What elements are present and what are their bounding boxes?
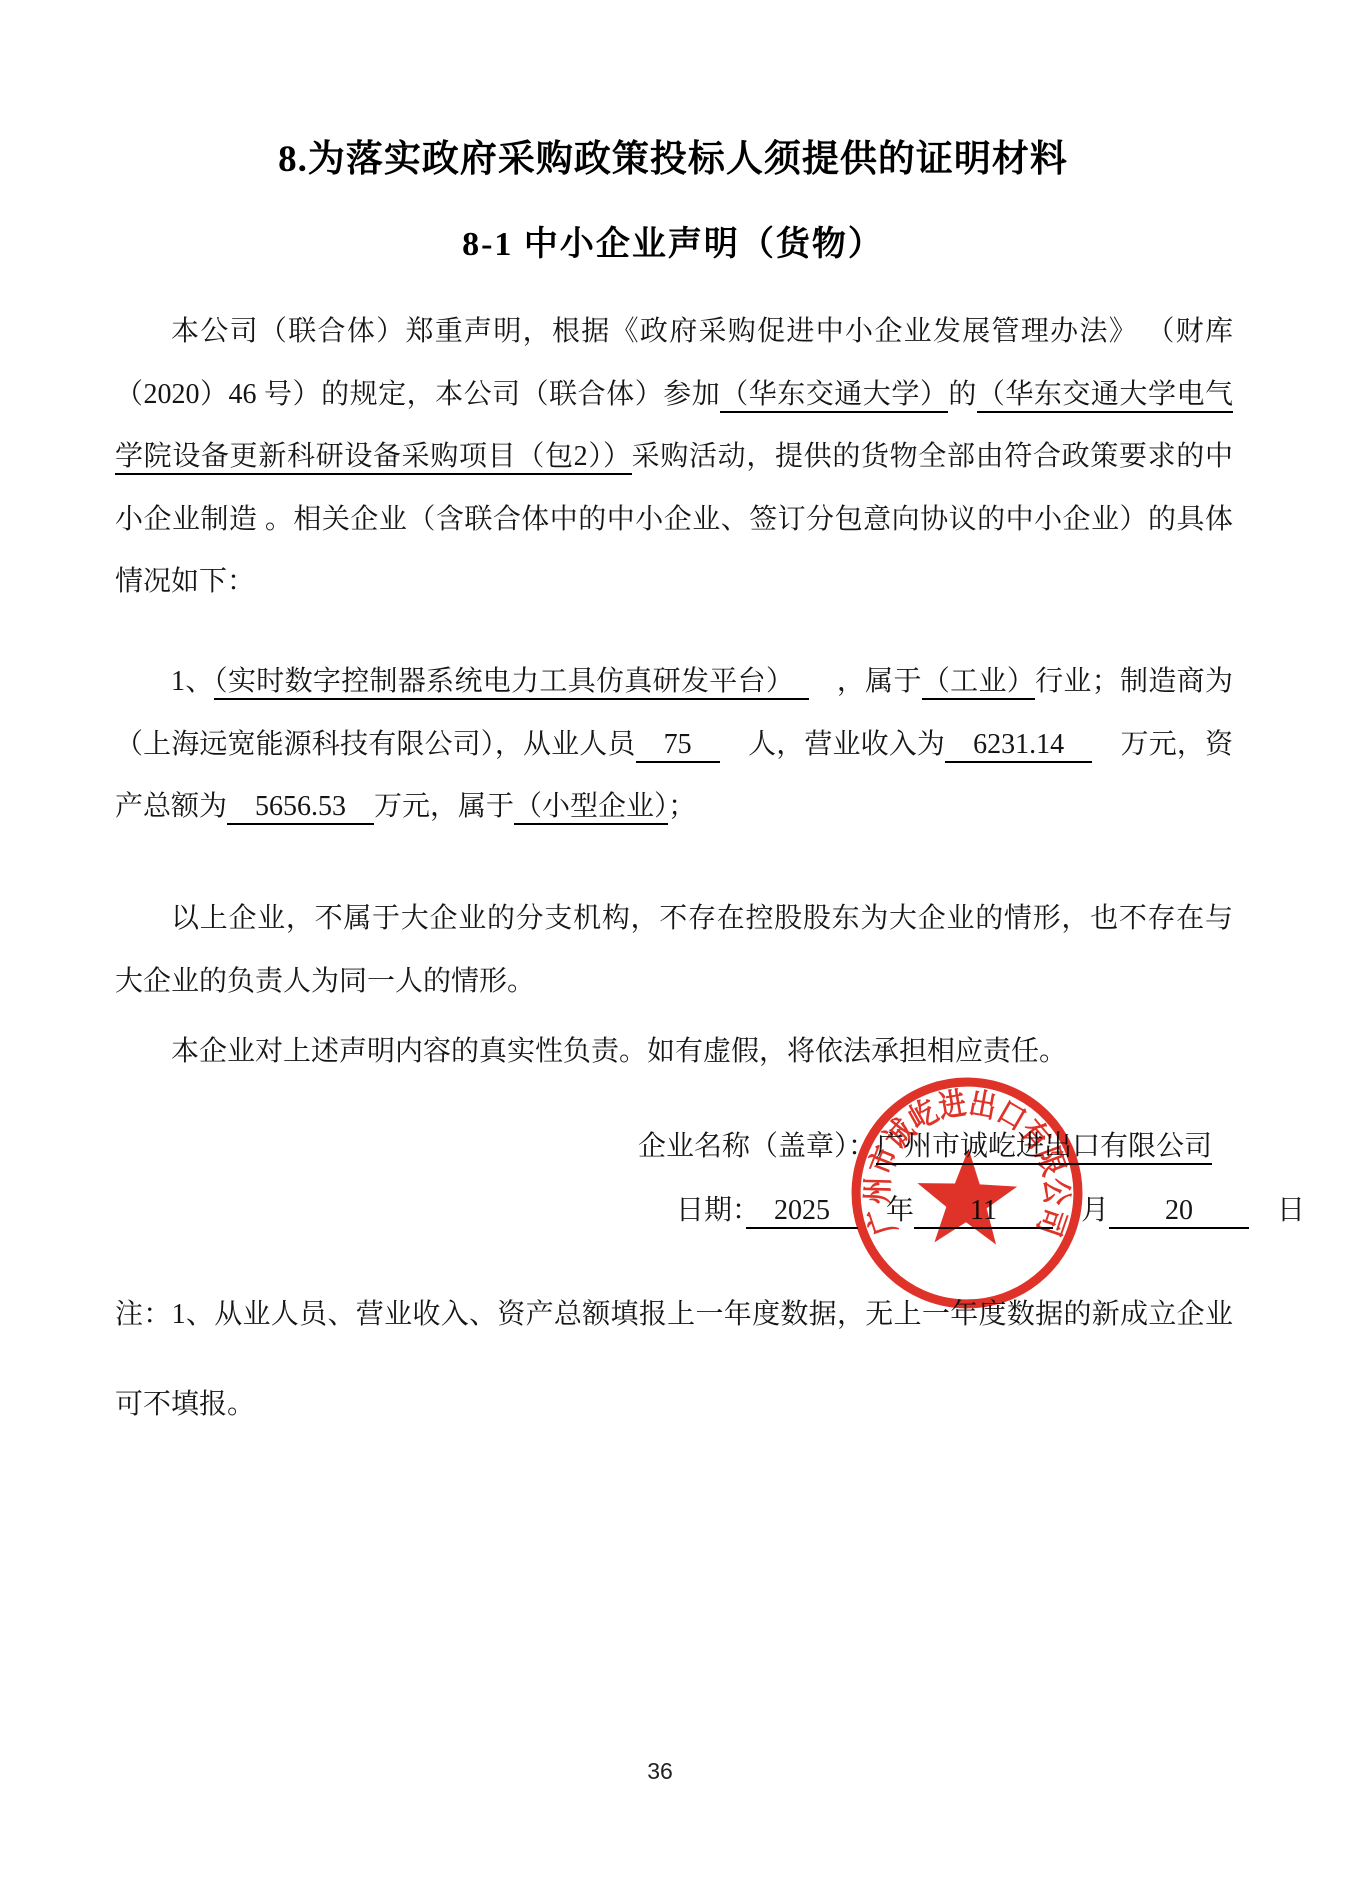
declaration-intro-paragraph: 本公司（联合体）郑重声明，根据《政府采购促进中小企业发展管理办法》 （财库（20… [115, 301, 1233, 614]
signature-company-line: 企业名称（盖章）：广州市诚屹进出口有限公司 [638, 1126, 1212, 1168]
date-month-unit: 月 [1053, 1195, 1109, 1226]
item-text-7: ； [668, 791, 696, 822]
date-year-value: 2025 [746, 1195, 858, 1229]
no-affiliation-paragraph: 以上企业，不属于大企业的分支机构，不存在控股股东为大企业的情形，也不存在与大企业… [115, 888, 1233, 1013]
date-day-value: 20 [1109, 1195, 1249, 1229]
signature-date-line: 日期： 2025 年 11 月 20 日 [676, 1190, 1305, 1232]
document-title: 8.为落实政府采购政策投标人须提供的证明材料 [0, 128, 1346, 182]
document-subtitle: 8-1 中小企业声明（货物） [0, 216, 1346, 265]
company-name-value: 广州市诚屹进出口有限公司 [876, 1131, 1212, 1165]
item-text-4: 人，营业收入为 [720, 729, 945, 760]
industry-blank: （工业） [922, 666, 1035, 700]
date-day-unit: 日 [1249, 1195, 1305, 1226]
company-seal-label: 企业名称（盖章）： [638, 1131, 876, 1162]
goods-name-blank: （实时数字控制器系统电力工具仿真研发平台） [214, 666, 809, 700]
footnote: 注：1、从业人员、营业收入、资产总额填报上一年度数据，无上一年度数据的新成立企业… [115, 1270, 1233, 1450]
purchaser-name-blank: （华东交通大学） [720, 379, 948, 413]
employees-blank: 75 [636, 729, 720, 763]
enterprise-type-blank: （小型企业） [514, 791, 668, 825]
date-label: 日期： [676, 1195, 746, 1226]
item-number: 1、 [171, 666, 214, 697]
date-year-unit: 年 [858, 1195, 914, 1226]
item-text-2: ，属于 [809, 666, 922, 697]
revenue-blank: 6231.14 [945, 729, 1092, 763]
document-page: 8.为落实政府采购政策投标人须提供的证明材料 8-1 中小企业声明（货物） 本公… [0, 0, 1346, 1904]
responsibility-paragraph: 本企业对上述声明内容的真实性负责。如有虚假，将依法承担相应责任。 [115, 1021, 1233, 1084]
item-text-6: 万元，属于 [374, 791, 514, 822]
enterprise-detail-paragraph: 1、（实时数字控制器系统电力工具仿真研发平台） ，属于（工业）行业；制造商为（上… [115, 651, 1233, 839]
page-number: 36 [0, 1758, 1320, 1785]
date-month-value: 11 [914, 1195, 1053, 1229]
assets-blank: 5656.53 [227, 791, 374, 825]
intro-text-2: 的 [948, 379, 977, 410]
